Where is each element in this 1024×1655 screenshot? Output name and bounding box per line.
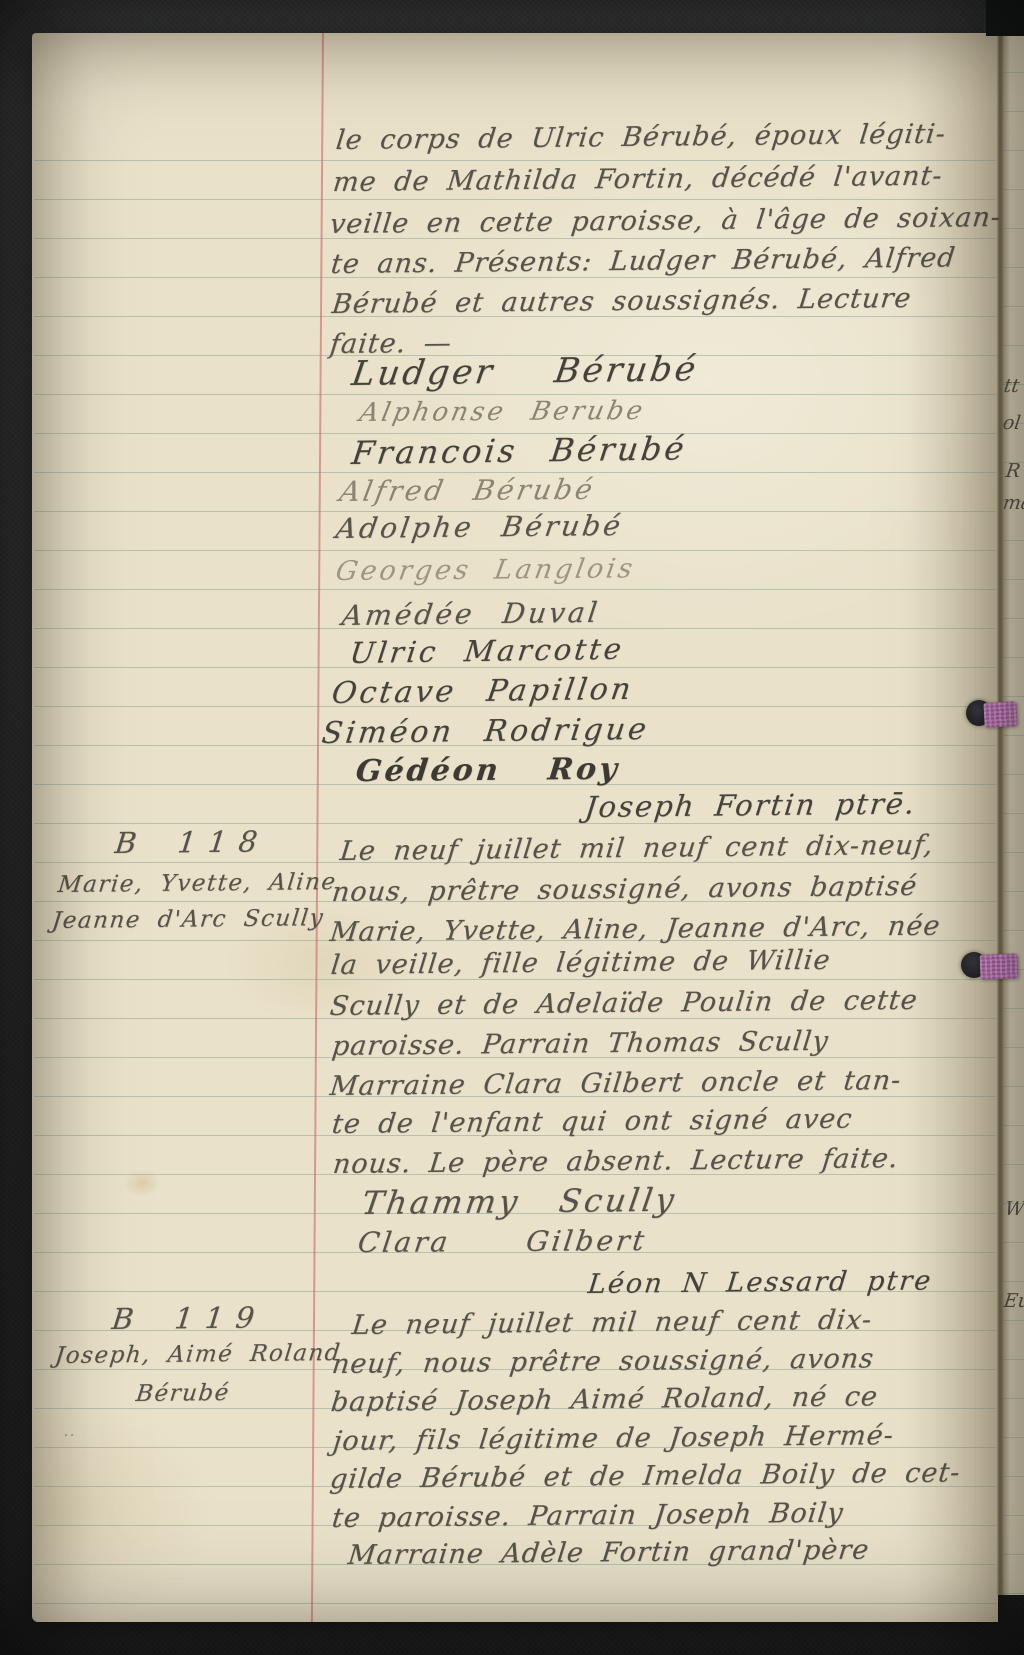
- binding-shadow: [986, 0, 1024, 36]
- baptism-b119-line: te paroisse. Parrain Joseph Boily: [330, 1499, 845, 1534]
- officiant-signature: Léon N Lessard ptre: [586, 1266, 934, 1299]
- signature: Francois Bérubé: [350, 431, 689, 471]
- baptism-b119-line: Le neuf juillet mil neuf cent dix-: [350, 1306, 873, 1341]
- next-page-edge: [1003, 33, 1024, 1595]
- margin-mark: ..: [63, 1422, 77, 1440]
- baptism-b118-line: Le neuf juillet mil neuf cent dix-neuf,: [338, 831, 935, 867]
- baptism-b119-line: baptisé Joseph Aimé Roland, né ce: [329, 1382, 879, 1417]
- baptism-b119-line: Marraine Adèle Fortin grand'père: [346, 1536, 871, 1571]
- binding-ribbon: [983, 701, 1017, 728]
- margin-code-b118: B 118: [113, 826, 271, 860]
- baptism-b118-line: paroisse. Parrain Thomas Scully: [330, 1027, 830, 1062]
- baptism-b118-line: Marie, Yvette, Aline, Jeanne d'Arc, née: [328, 912, 942, 948]
- margin-name: Joseph, Aimé Roland: [54, 1341, 343, 1369]
- baptism-b118-line: nous, prêtre soussigné, avons baptisé: [330, 872, 919, 908]
- burial-line: le corps de Ulric Bérubé, époux légiti-: [334, 120, 947, 156]
- binding-ribbon: [980, 953, 1019, 979]
- officiant-signature: Joseph Fortin ptrē.: [583, 789, 918, 824]
- signature: Georges Langlois: [334, 554, 638, 586]
- baptism-b118-line: te de l'enfant qui ont signé avec: [330, 1105, 854, 1140]
- baptism-b118-line: nous. Le père absent. Lecture faite.: [331, 1144, 900, 1180]
- signature: Alphonse Berube: [357, 397, 648, 428]
- signature: Octave Papillon: [330, 673, 636, 710]
- baptism-b118-line: Scully et de Adelaïde Poulin de cette: [328, 986, 919, 1022]
- signature: Amédée Duval: [340, 598, 602, 632]
- signature: Clara Gilbert: [356, 1226, 649, 1259]
- signature: Adolphe Bérubé: [334, 511, 625, 545]
- signature: Gédéon Roy: [354, 753, 621, 788]
- baptism-b119-line: neuf, nous prêtre soussigné, avons: [330, 1344, 875, 1379]
- signature: Ulric Marcotte: [348, 634, 626, 670]
- register-photograph: le corps de Ulric Bérubé, époux légiti- …: [0, 0, 1024, 1655]
- margin-name: Marie, Yvette, Aline: [57, 870, 338, 898]
- signature: Thammy Scully: [359, 1183, 679, 1221]
- signature: Alfred Bérubé: [337, 475, 598, 508]
- margin-name: Bérubé: [135, 1381, 232, 1407]
- burial-line: Bérubé et autres soussignés. Lecture: [330, 284, 913, 320]
- signature: Ludger Bérubé: [349, 351, 700, 393]
- baptism-b119-line: gilde Bérubé et de Imelda Boily de cet-: [328, 1458, 962, 1494]
- next-page-fragment: tt: [1002, 375, 1020, 397]
- burial-line: me de Mathilda Fortin, décédé l'avant-: [331, 162, 944, 198]
- margin-code-b119: B 119: [110, 1302, 268, 1336]
- next-page-fragment: Eu: [1002, 1290, 1024, 1312]
- baptism-b119-line: jour, fils légitime de Joseph Hermé-: [331, 1421, 895, 1457]
- next-page-fragment: ol: [1001, 412, 1022, 434]
- next-page-fragment: W: [1003, 1198, 1024, 1220]
- baptism-b118-line: Marraine Clara Gilbert oncle et tan-: [328, 1066, 903, 1102]
- burial-line: te ans. Présents: Ludger Bérubé, Alfred: [329, 243, 957, 279]
- signature: Siméon Rodrigue: [320, 713, 651, 750]
- margin-name: Jeanne d'Arc Scully: [51, 906, 326, 934]
- baptism-b118-line: la veille, fille légitime de Willie: [329, 946, 832, 981]
- next-page-fragment: ma: [1001, 492, 1024, 514]
